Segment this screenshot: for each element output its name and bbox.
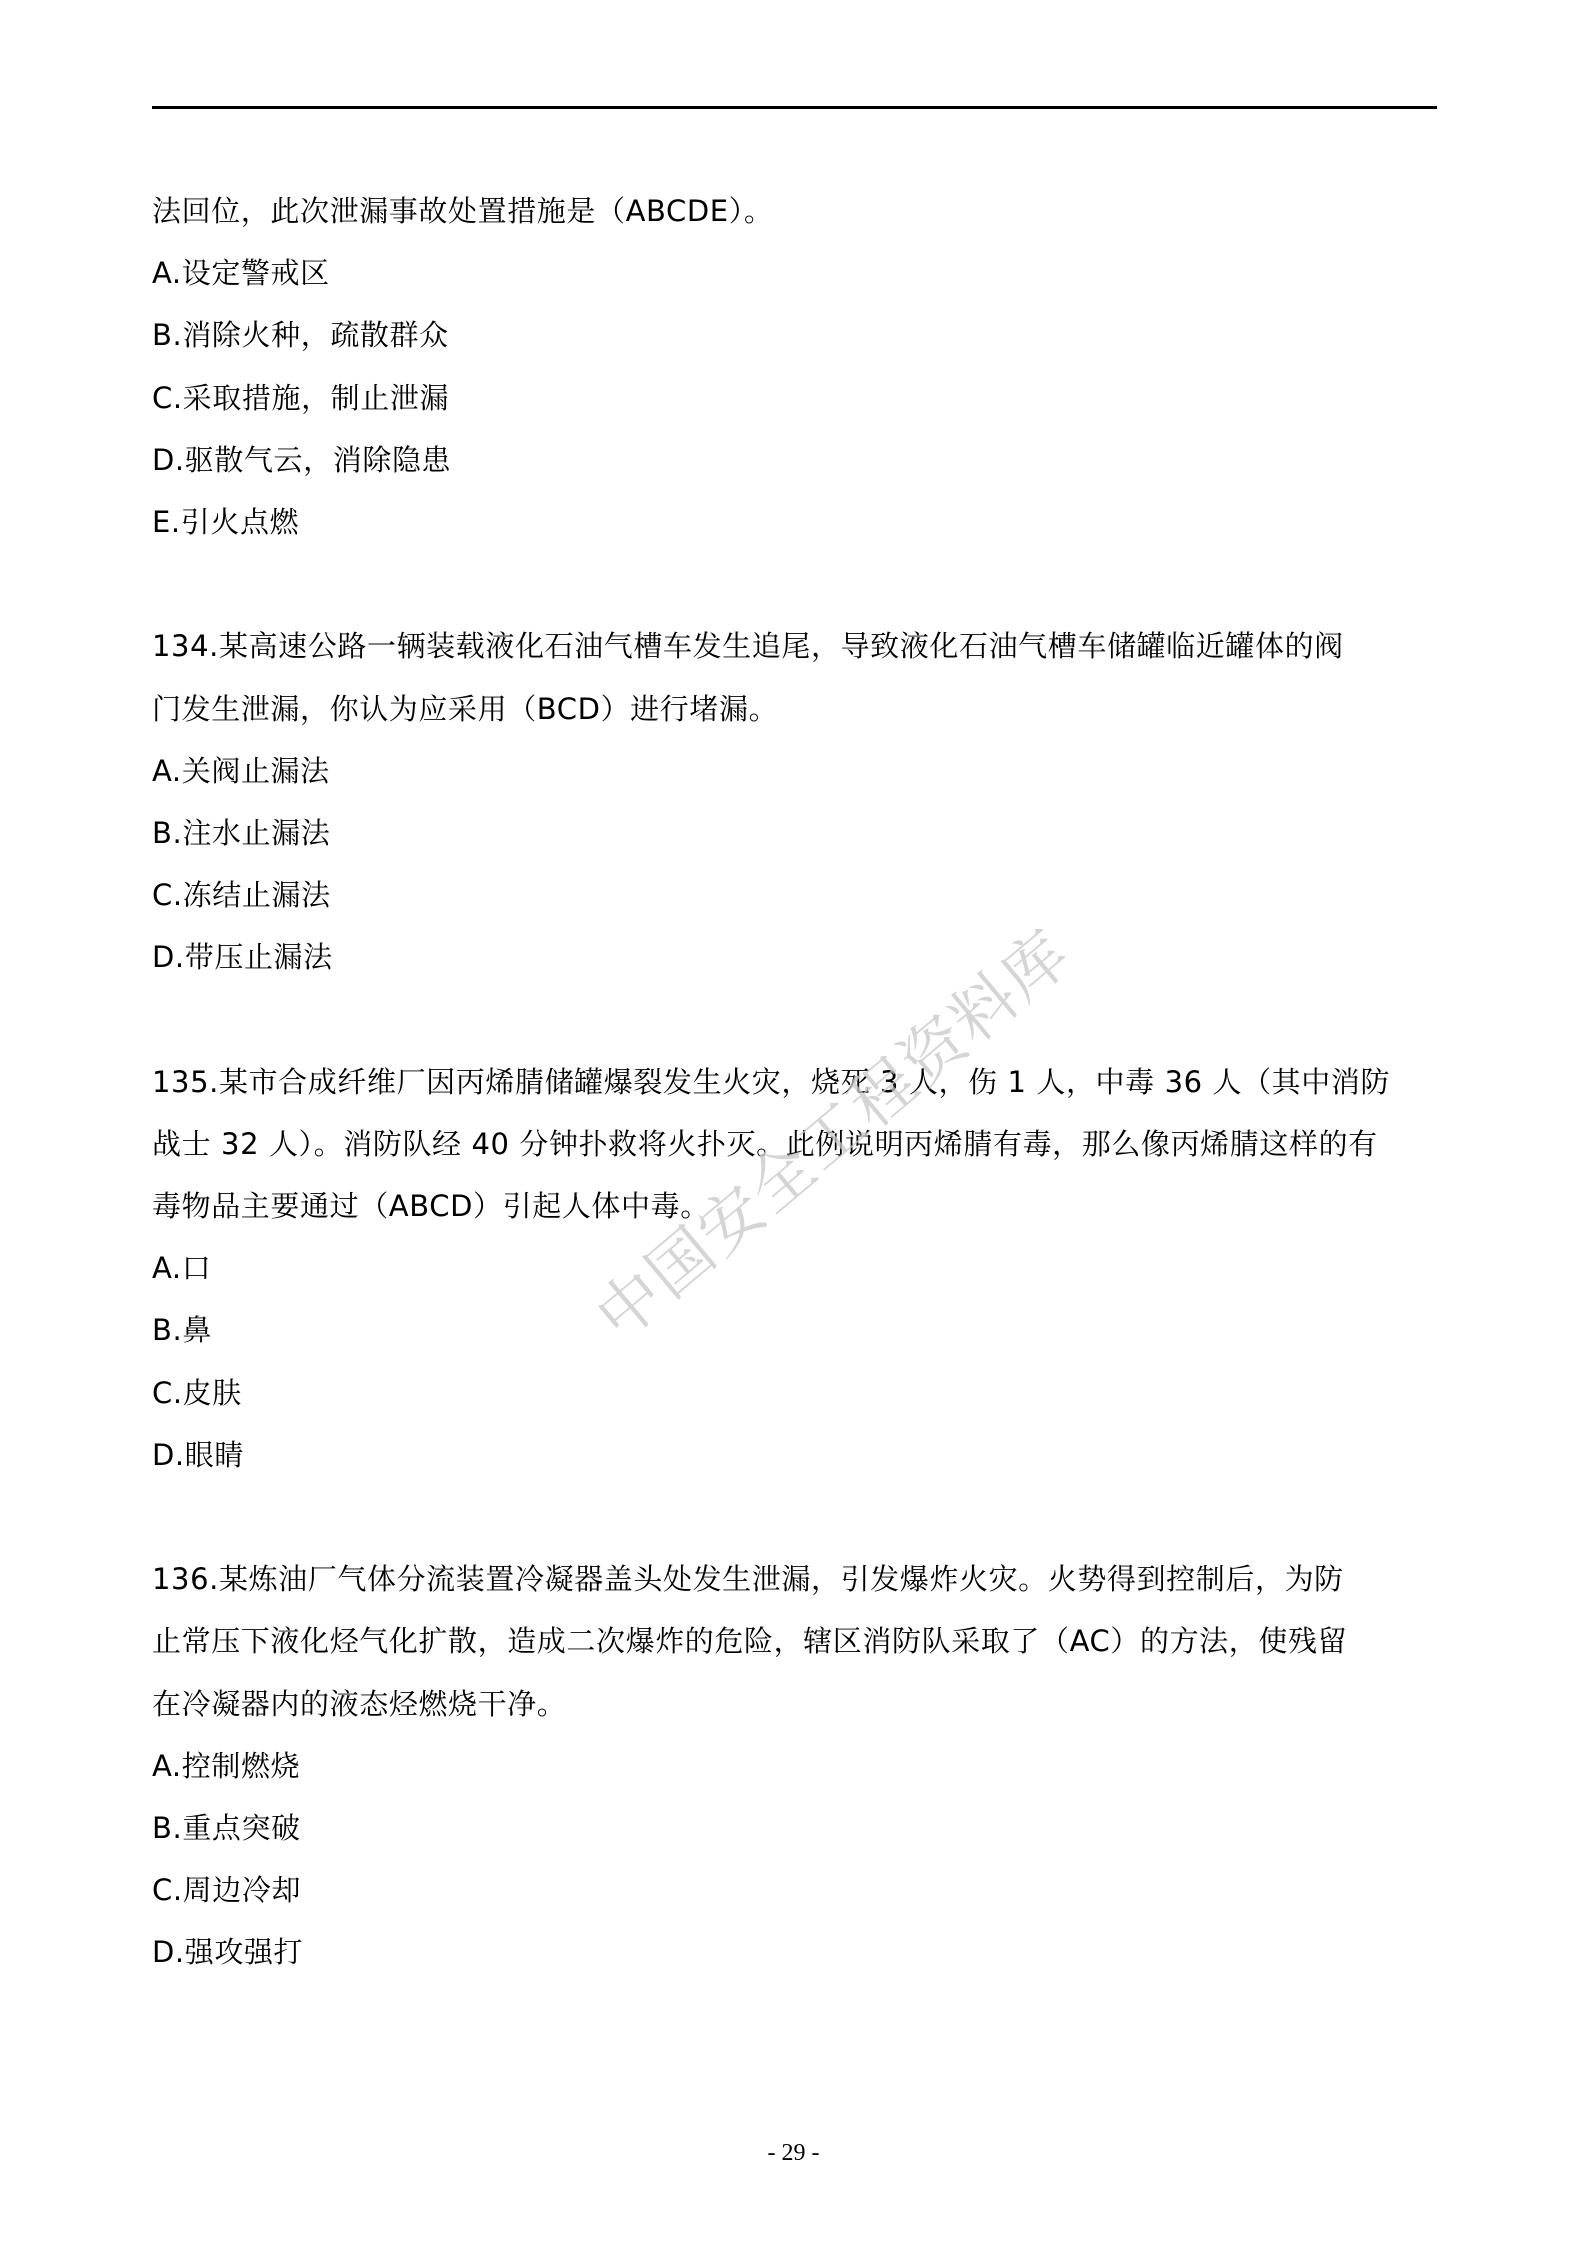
question-line: 毒物品主要通过（ABCD）引起人体中毒。 bbox=[152, 1175, 1442, 1237]
spacer bbox=[152, 988, 1442, 1050]
question-line: 门发生泄漏，你认为应采用（BCD）进行堵漏。 bbox=[152, 678, 1442, 740]
question-line: 136.某炼油厂气体分流装置冷凝器盖头处发生泄漏，引发爆炸火灾。火势得到控制后，… bbox=[152, 1548, 1442, 1610]
question-line: 在冷凝器内的液态烃燃烧干净。 bbox=[152, 1673, 1442, 1735]
option-c: C.冻结止漏法 bbox=[152, 864, 1442, 926]
option-b: B.鼻 bbox=[152, 1299, 1442, 1361]
question-line: 战士 32 人）。消防队经 40 分钟扑救将火扑灭。此例说明丙烯腈有毒，那么像丙… bbox=[152, 1113, 1442, 1175]
question-text: 法回位，此次泄漏事故处置措施是（ABCDE）。 bbox=[152, 180, 1442, 242]
question-135: 135.某市合成纤维厂因丙烯腈储罐爆裂发生火灾，烧死 3 人，伤 1 人，中毒 … bbox=[152, 1051, 1442, 1486]
option-d: D.强攻强打 bbox=[152, 1921, 1442, 1983]
option-c: C.采取措施，制止泄漏 bbox=[152, 367, 1442, 429]
question-text: 134.某高速公路一辆装载液化石油气槽车发生追尾，导致液化石油气槽车储罐临近罐体… bbox=[152, 615, 1442, 739]
option-c: C.周边冷却 bbox=[152, 1859, 1442, 1921]
document-body: 法回位，此次泄漏事故处置措施是（ABCDE）。 A.设定警戒区 B.消除火种，疏… bbox=[152, 180, 1442, 1983]
option-d: D.眼睛 bbox=[152, 1424, 1442, 1486]
option-b: B.消除火种，疏散群众 bbox=[152, 304, 1442, 366]
option-a: A.控制燃烧 bbox=[152, 1735, 1442, 1797]
header-rule bbox=[152, 106, 1437, 109]
question-text: 136.某炼油厂气体分流装置冷凝器盖头处发生泄漏，引发爆炸火灾。火势得到控制后，… bbox=[152, 1548, 1442, 1735]
question-line: 134.某高速公路一辆装载液化石油气槽车发生追尾，导致液化石油气槽车储罐临近罐体… bbox=[152, 615, 1442, 677]
question-line: 法回位，此次泄漏事故处置措施是（ABCDE）。 bbox=[152, 180, 1442, 242]
spacer bbox=[152, 1486, 1442, 1548]
option-b: B.注水止漏法 bbox=[152, 802, 1442, 864]
option-a: A.设定警戒区 bbox=[152, 242, 1442, 304]
page-number: - 29 - bbox=[0, 2140, 1587, 2167]
option-d: D.带压止漏法 bbox=[152, 926, 1442, 988]
question-text: 135.某市合成纤维厂因丙烯腈储罐爆裂发生火灾，烧死 3 人，伤 1 人，中毒 … bbox=[152, 1051, 1442, 1238]
question-line: 止常压下液化烃气化扩散，造成二次爆炸的危险，辖区消防队采取了（AC）的方法，使残… bbox=[152, 1610, 1442, 1672]
question-133-continuation: 法回位，此次泄漏事故处置措施是（ABCDE）。 A.设定警戒区 B.消除火种，疏… bbox=[152, 180, 1442, 553]
option-b: B.重点突破 bbox=[152, 1797, 1442, 1859]
question-134: 134.某高速公路一辆装载液化石油气槽车发生追尾，导致液化石油气槽车储罐临近罐体… bbox=[152, 615, 1442, 988]
option-d: D.驱散气云，消除隐患 bbox=[152, 429, 1442, 491]
option-c: C.皮肤 bbox=[152, 1362, 1442, 1424]
question-line: 135.某市合成纤维厂因丙烯腈储罐爆裂发生火灾，烧死 3 人，伤 1 人，中毒 … bbox=[152, 1051, 1442, 1113]
spacer bbox=[152, 553, 1442, 615]
option-a: A.关阀止漏法 bbox=[152, 740, 1442, 802]
option-e: E.引火点燃 bbox=[152, 491, 1442, 553]
option-a: A.口 bbox=[152, 1237, 1442, 1299]
question-136: 136.某炼油厂气体分流装置冷凝器盖头处发生泄漏，引发爆炸火灾。火势得到控制后，… bbox=[152, 1548, 1442, 1983]
